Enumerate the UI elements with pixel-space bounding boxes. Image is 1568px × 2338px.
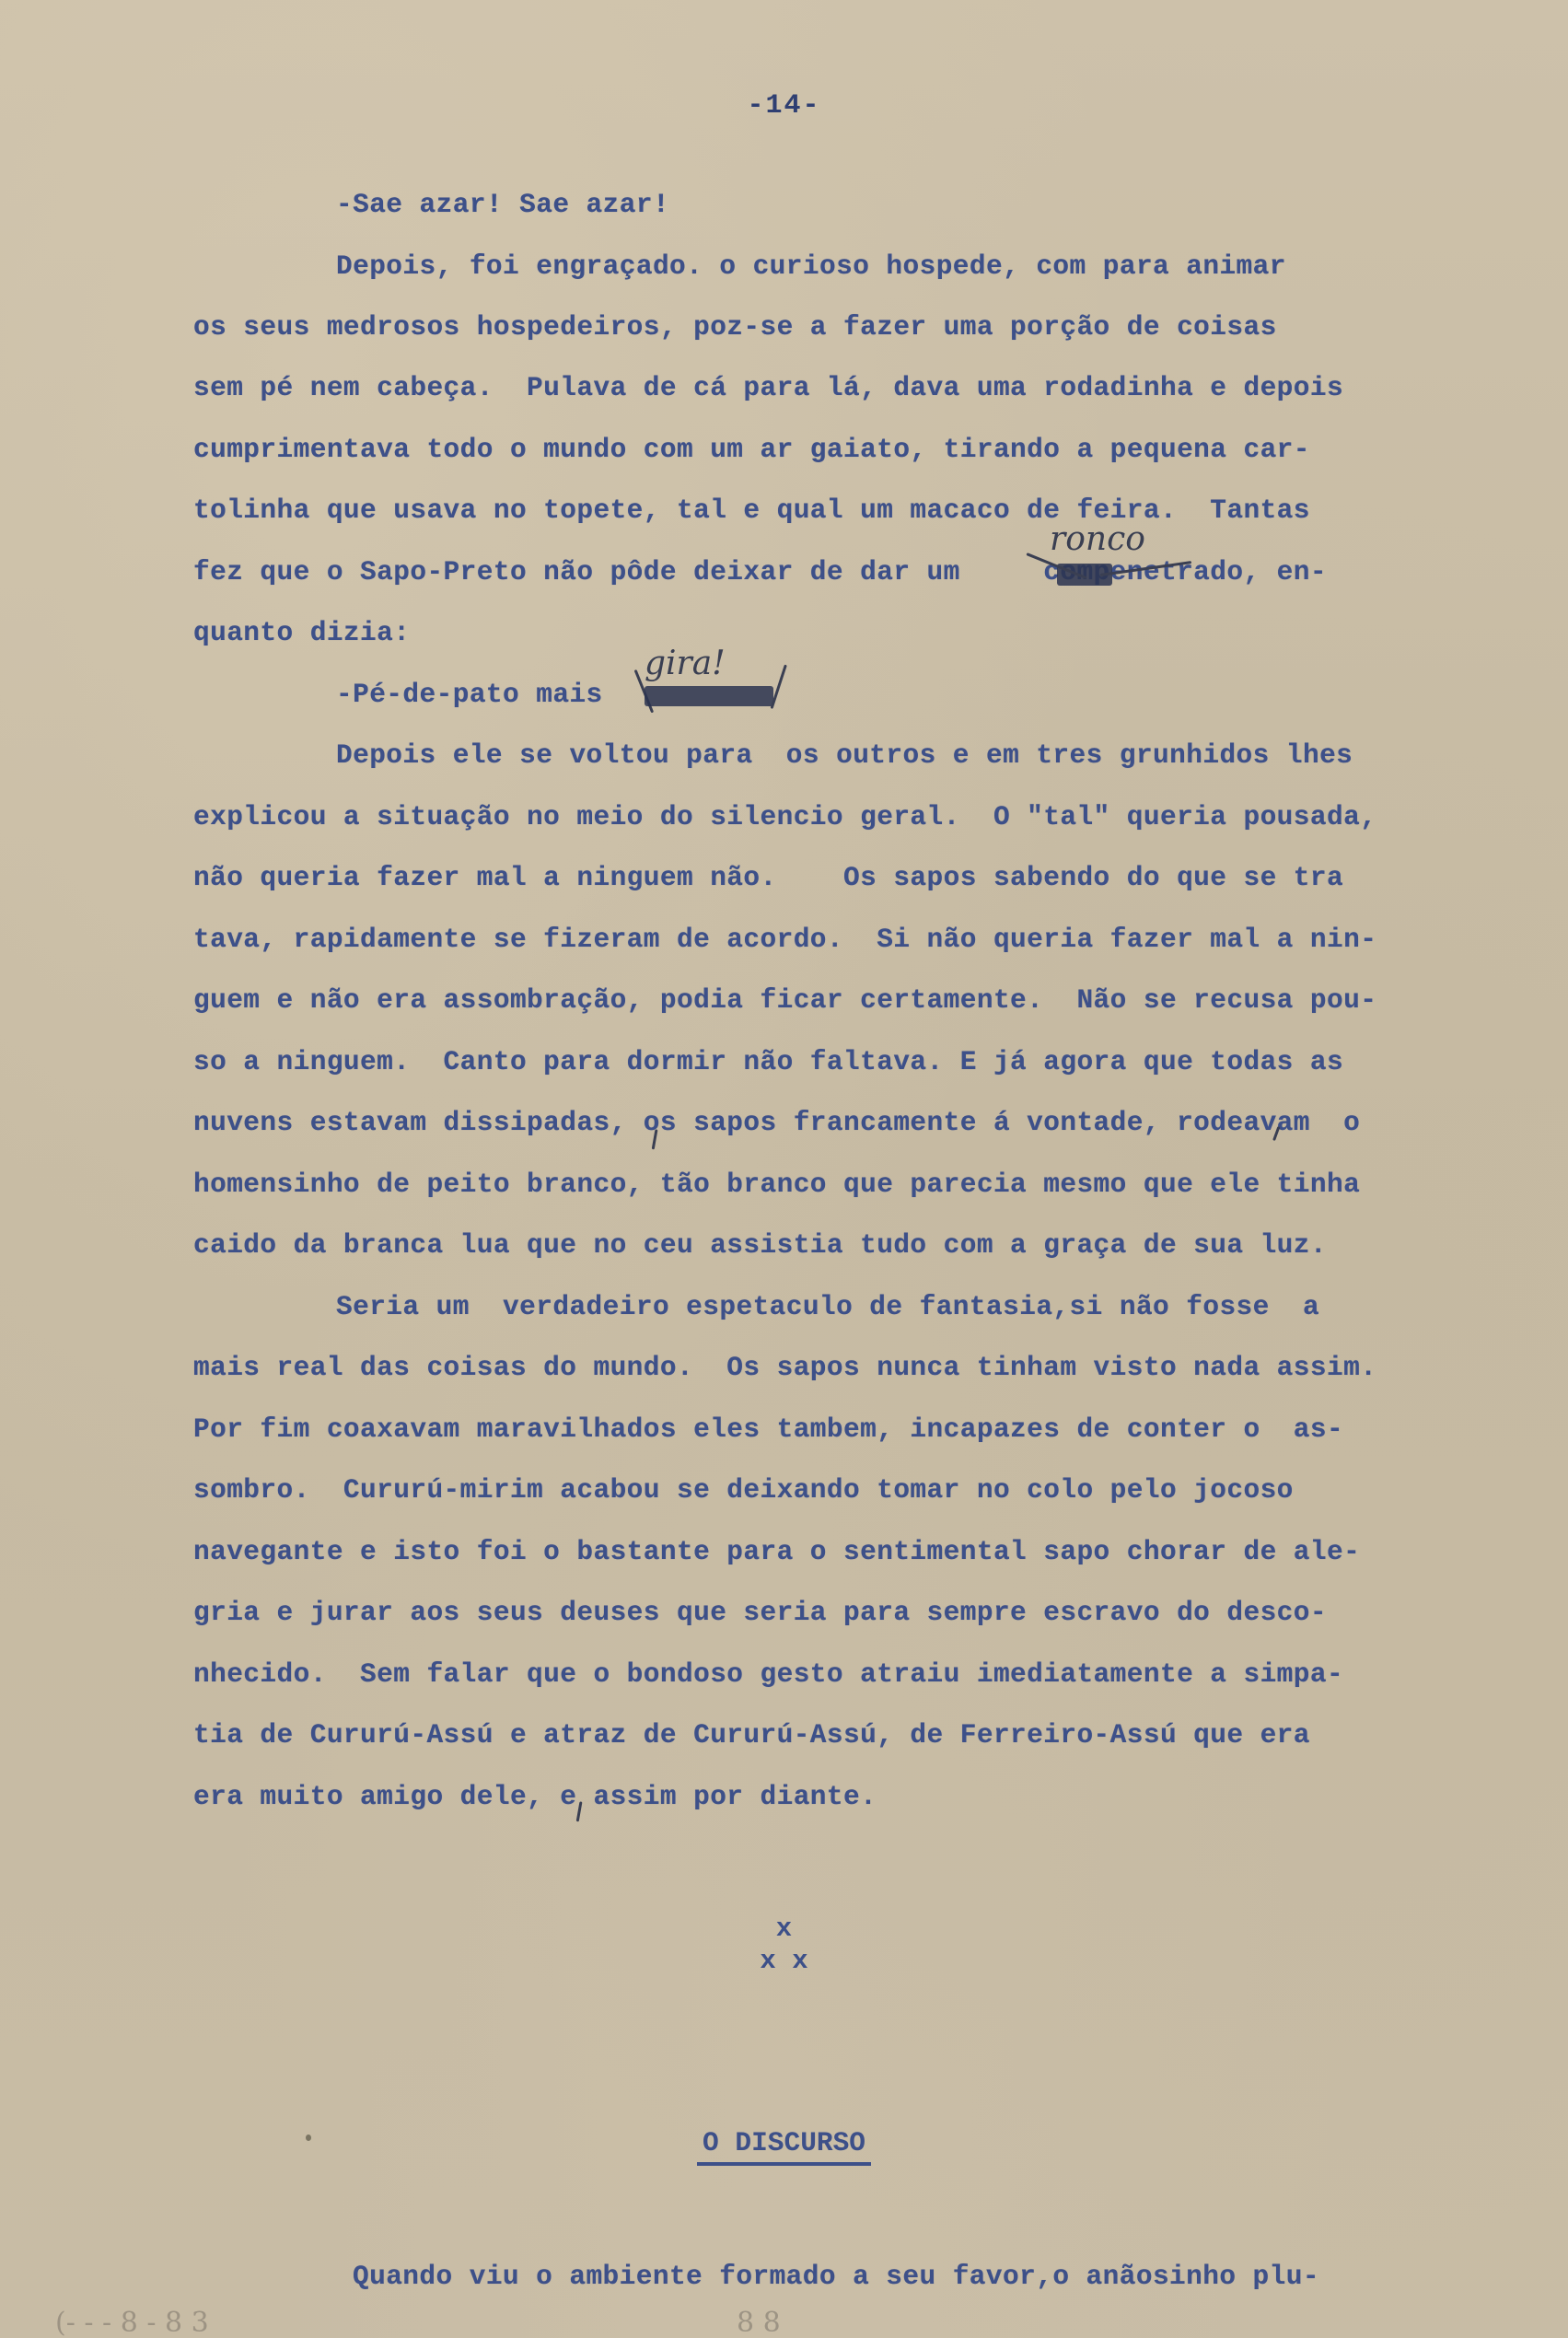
- text-line: Depois, foi engraçado. o curioso hospede…: [336, 250, 1286, 282]
- annotation-gira: gira!: [645, 645, 726, 682]
- text-line: tia de Cururú-Assú e atraz de Cururú-Ass…: [193, 1719, 1310, 1751]
- text-line: nuvens estavam dissipadas, os sapos fran…: [193, 1107, 1360, 1138]
- text-line: sem pé nem cabeça. Pulava de cá para lá,…: [193, 372, 1343, 403]
- text-line: Seria um verdadeiro espetaculo de fantas…: [336, 1291, 1319, 1322]
- text-line: navegante e isto foi o bastante para o s…: [193, 1536, 1360, 1567]
- text-line: -Pé-de-pato mais: [336, 679, 603, 710]
- page-number: -14-: [0, 90, 1568, 122]
- text-line: Depois ele se voltou para os outros e em…: [336, 739, 1353, 771]
- text-line: cumprimentava todo o mundo com um ar gai…: [193, 434, 1310, 465]
- text-line: explicou a situação no meio do silencio …: [193, 801, 1376, 832]
- text-line: mais real das coisas do mundo. Os sapos …: [193, 1352, 1376, 1383]
- text-line: homensinho de peito branco, tão branco q…: [193, 1169, 1360, 1200]
- typewritten-page: -14- -Sae azar! Sae azar! Depois, foi en…: [0, 0, 1568, 2338]
- text-line: caido da branca lua que no ceu assistia …: [193, 1229, 1327, 1261]
- text-line: quanto dizia:: [193, 617, 410, 648]
- text-line: era muito amigo dele, e assim por diante…: [193, 1781, 877, 1812]
- separator-top: x: [0, 1913, 1568, 1944]
- text-line: gria e jurar aos seus deuses que seria p…: [193, 1597, 1327, 1628]
- paper-speck: [306, 2134, 311, 2141]
- pencil-mark-left: (- - - 8 - 8 3: [55, 2307, 209, 2338]
- text-line: os seus medrosos hospedeiros, poz-se a f…: [193, 311, 1277, 343]
- text-line: fez que o Sapo-Preto não pôde deixar de …: [193, 556, 1327, 587]
- pencil-mark-center: 8 8: [737, 2307, 781, 2338]
- next-paragraph-line: Quando viu o ambiente formado a seu favo…: [353, 2261, 1319, 2292]
- text-line: sombro. Cururú-mirim acabou se deixando …: [193, 1474, 1294, 1506]
- text-line: -Sae azar! Sae azar!: [336, 189, 669, 220]
- section-title: O DISCURSO: [0, 2127, 1568, 2158]
- separator-bottom: x x: [0, 1946, 1568, 1976]
- annotation-ronco: ronco: [1050, 520, 1145, 558]
- struck-word-scribble: [645, 686, 773, 706]
- text-line: não queria fazer mal a ninguem não. Os s…: [193, 862, 1343, 893]
- text-line: nhecido. Sem falar que o bondoso gesto a…: [193, 1658, 1343, 1690]
- text-line: tava, rapidamente se fizeram de acordo. …: [193, 924, 1376, 955]
- section-title-text: O DISCURSO: [697, 2127, 871, 2166]
- text-line: Por fim coaxavam maravilhados eles tambe…: [193, 1413, 1343, 1445]
- text-line: so a ninguem. Canto para dormir não falt…: [193, 1046, 1343, 1077]
- text-line: guem e não era assombração, podia ficar …: [193, 984, 1376, 1016]
